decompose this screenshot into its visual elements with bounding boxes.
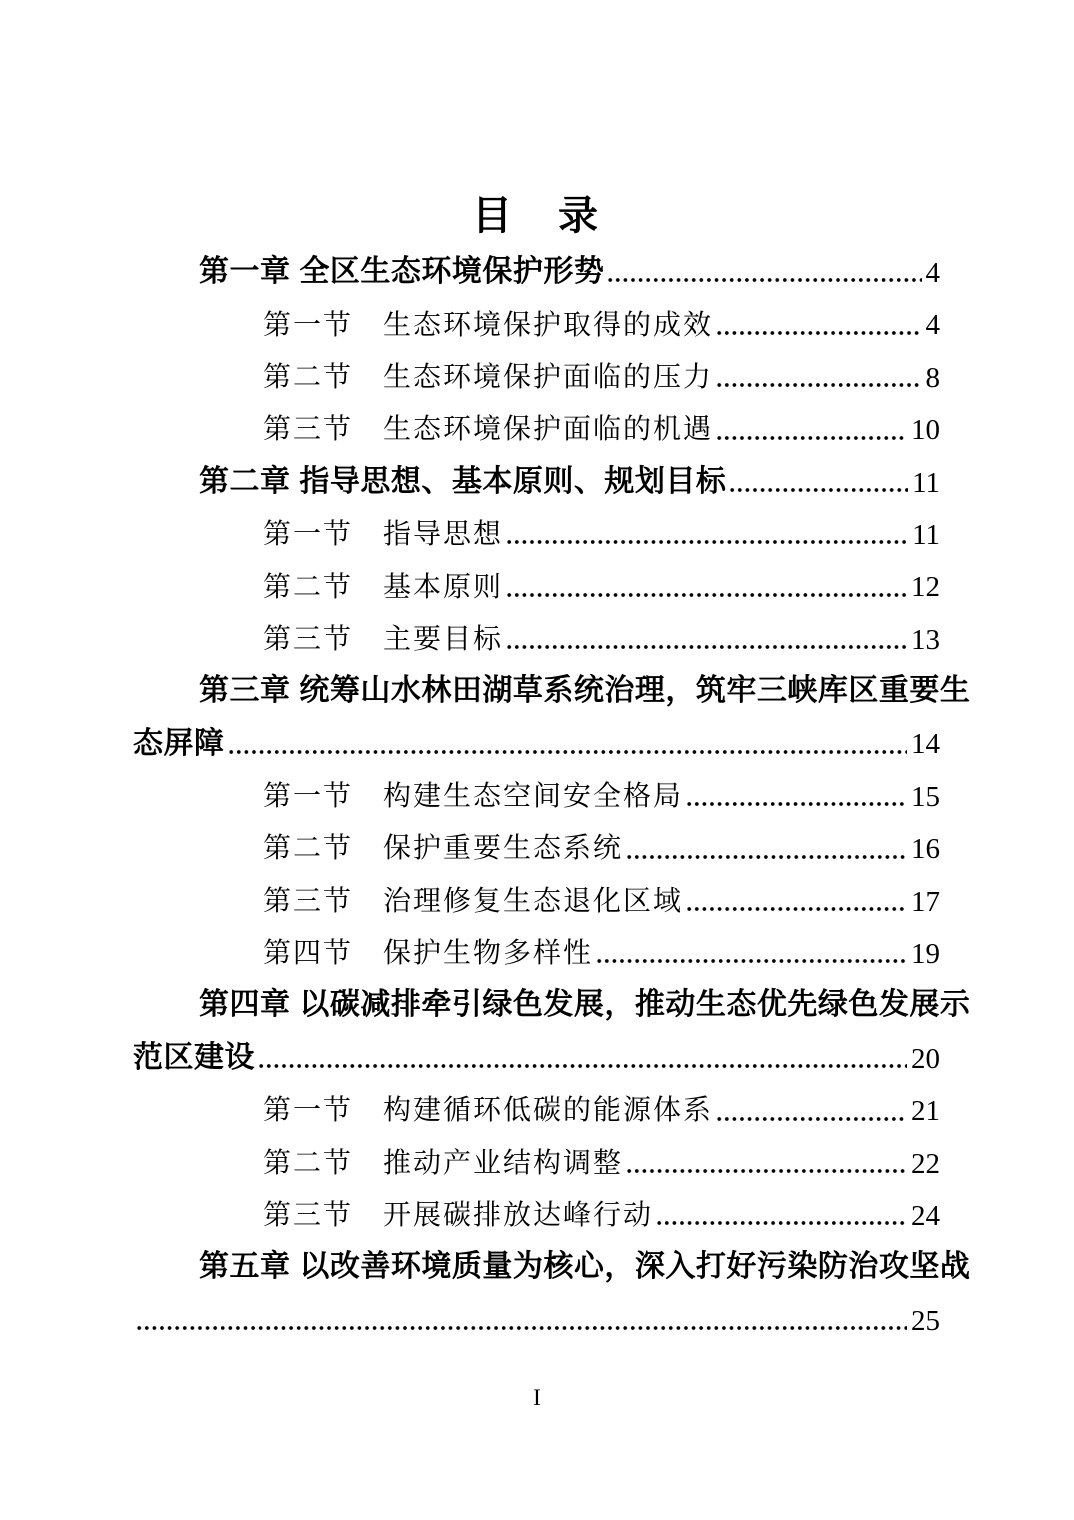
dot-leader: [730, 487, 908, 493]
toc-entry-label: 第二章 指导思想、基本原则、规划目标: [199, 466, 726, 498]
toc-entry-chapter[interactable]: 第五章 以改善环境质量为核心，深入打好污染防治攻坚战: [133, 1231, 940, 1283]
toc-entry-page: 11: [912, 520, 940, 550]
toc-entry-page: 14: [911, 729, 940, 759]
toc-entry-section[interactable]: 第一节 构建循环低碳的能源体系 21: [133, 1074, 940, 1126]
dot-leader: [717, 435, 907, 441]
toc-entry-page: 4: [926, 310, 941, 340]
toc-entry-page: 22: [911, 1149, 940, 1179]
toc-entry-chapter[interactable]: 第四章 以碳减排牵引绿色发展，推动生态优先绿色发展示: [133, 969, 940, 1021]
toc-entry-section[interactable]: 第二节 推动产业结构调整 22: [133, 1127, 940, 1179]
toc-entry-page: 10: [911, 415, 940, 445]
dot-leader: [717, 382, 921, 388]
toc-entry-chapter-cont[interactable]: 范区建设 20: [133, 1022, 940, 1074]
dot-leader: [597, 958, 907, 964]
toc-entry-page: 20: [911, 1044, 940, 1074]
toc-entry-page: 8: [926, 363, 941, 393]
toc-entry-section[interactable]: 第一节 指导思想 11: [133, 498, 940, 550]
toc-entry-chapter-cont[interactable]: 25: [133, 1284, 940, 1336]
toc-entry-section[interactable]: 第一节 构建生态空间安全格局 15: [133, 760, 940, 812]
toc-entry-label: 第二节 保护重要生态系统: [263, 834, 623, 864]
toc-entry-label: 第三节 治理修复生态退化区域: [263, 887, 683, 917]
toc-entry-page: 16: [911, 834, 940, 864]
toc-entry-label: 第二节 推动产业结构调整: [263, 1149, 623, 1179]
toc-entry-page: 19: [911, 939, 940, 969]
toc-entry-section[interactable]: 第二节 生态环境保护面临的压力 8: [133, 341, 940, 393]
toc-entry-page: 15: [911, 782, 940, 812]
toc-entry-label: 第五章 以改善环境质量为核心，深入打好污染防治攻坚战: [199, 1251, 970, 1283]
dot-leader: [137, 1325, 907, 1331]
toc-entry-section[interactable]: 第二节 保护重要生态系统 16: [133, 812, 940, 864]
toc-entry-section[interactable]: 第三节 治理修复生态退化区域 17: [133, 865, 940, 917]
dot-leader: [717, 1116, 907, 1122]
toc-entry-label: 第三节 生态环境保护面临的机遇: [263, 415, 713, 445]
toc-entry-label: 第一章 全区生态环境保护形势: [199, 256, 604, 288]
toc-entry-chapter-cont[interactable]: 态屏障 14: [133, 708, 940, 760]
dot-leader: [507, 539, 908, 545]
toc-entry-page: 24: [911, 1201, 940, 1231]
toc-entry-label: 第一节 指导思想: [263, 520, 503, 550]
toc-entry-chapter[interactable]: 第二章 指导思想、基本原则、规划目标 11: [133, 446, 940, 498]
dot-leader: [507, 592, 907, 598]
dot-leader: [657, 1220, 907, 1226]
toc-entry-page: 25: [911, 1306, 940, 1336]
toc-entry-label: 第三章 统筹山水林田湖草系统治理，筑牢三峡库区重要生: [199, 675, 970, 707]
toc-entry-label: 第三节 主要目标: [263, 625, 503, 655]
toc-entry-page: 4: [926, 258, 941, 288]
toc-entry-page: 12: [911, 572, 940, 602]
toc-entry-page: 13: [911, 625, 940, 655]
dot-leader: [507, 644, 907, 650]
dot-leader: [627, 1168, 907, 1174]
toc-entry-page: 11: [912, 468, 940, 498]
toc-list: 第一章 全区生态环境保护形势 4 第一节 生态环境保护取得的成效 4 第二节 生…: [133, 236, 940, 1336]
page-content: 目 录 第一章 全区生态环境保护形势 4 第一节 生态环境保护取得的成效 4 第…: [133, 0, 940, 1336]
toc-entry-section[interactable]: 第四节 保护生物多样性 19: [133, 917, 940, 969]
toc-entry-section[interactable]: 第三节 生态环境保护面临的机遇 10: [133, 393, 940, 445]
dot-leader: [717, 330, 921, 336]
toc-entry-label: 第一节 构建生态空间安全格局: [263, 782, 683, 812]
toc-entry-label: 第四章 以碳减排牵引绿色发展，推动生态优先绿色发展示: [199, 989, 970, 1021]
toc-entry-label: 第二节 生态环境保护面临的压力: [263, 363, 713, 393]
toc-entry-label: 第四节 保护生物多样性: [263, 939, 593, 969]
toc-entry-page: 17: [911, 887, 940, 917]
toc-entry-label: 第三节 开展碳排放达峰行动: [263, 1201, 653, 1231]
document-page: 目 录 第一章 全区生态环境保护形势 4 第一节 生态环境保护取得的成效 4 第…: [0, 0, 1074, 1520]
toc-entry-label: 态屏障: [133, 728, 225, 760]
page-number-footer: I: [0, 1386, 1074, 1409]
dot-leader: [627, 854, 907, 860]
toc-entry-label: 第二节 基本原则: [263, 573, 503, 603]
page-title: 目 录: [133, 196, 940, 236]
dot-leader: [259, 1063, 907, 1069]
toc-entry-section[interactable]: 第三节 开展碳排放达峰行动 24: [133, 1179, 940, 1231]
toc-entry-section[interactable]: 第三节 主要目标 13: [133, 603, 940, 655]
toc-entry-section[interactable]: 第二节 基本原则 12: [133, 550, 940, 602]
toc-entry-label: 第一节 构建循环低碳的能源体系: [263, 1096, 713, 1126]
dot-leader: [687, 906, 907, 912]
toc-entry-section[interactable]: 第一节 生态环境保护取得的成效 4: [133, 288, 940, 340]
toc-entry-page: 21: [911, 1096, 940, 1126]
dot-leader: [608, 277, 921, 283]
toc-entry-label: 第一节 生态环境保护取得的成效: [263, 311, 713, 341]
dot-leader: [229, 749, 908, 755]
toc-entry-chapter[interactable]: 第三章 统筹山水林田湖草系统治理，筑牢三峡库区重要生: [133, 655, 940, 707]
dot-leader: [687, 801, 907, 807]
toc-entry-chapter[interactable]: 第一章 全区生态环境保护形势 4: [133, 236, 940, 288]
toc-entry-label: 范区建设: [133, 1042, 255, 1074]
